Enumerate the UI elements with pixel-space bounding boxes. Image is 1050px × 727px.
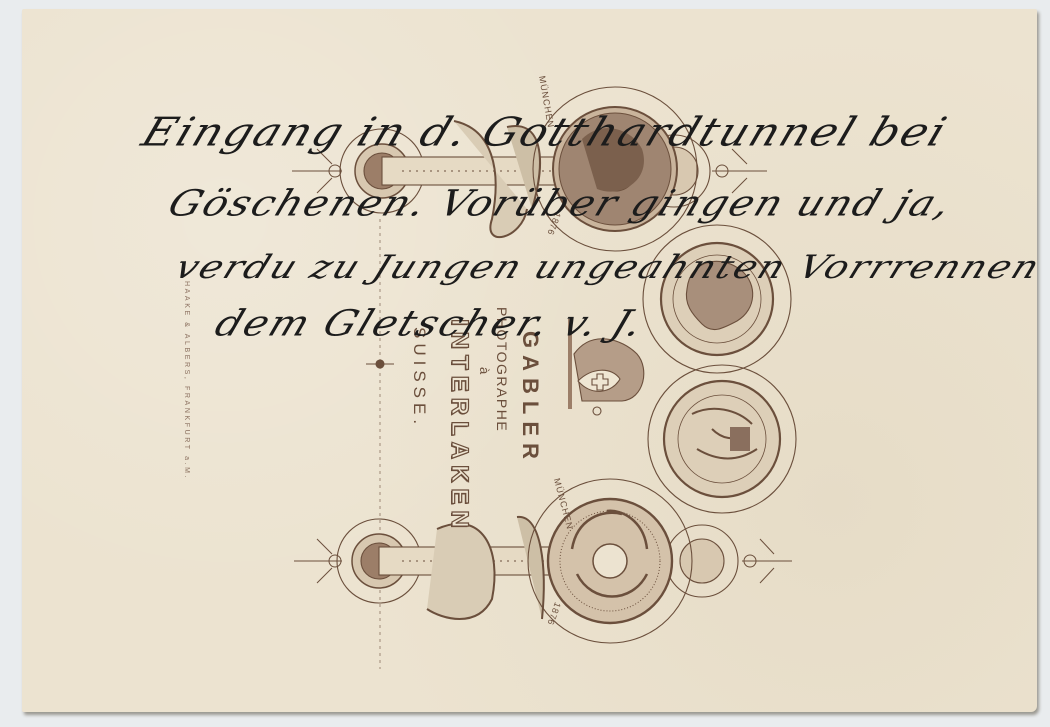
bottom-ornament-bar bbox=[294, 517, 792, 619]
city-name: INTERLAKEN bbox=[445, 319, 473, 534]
medal-franz-joseph bbox=[643, 225, 791, 373]
handwriting-line-1: Eingang in d. Gotthardtunnel bei bbox=[136, 110, 954, 156]
handwriting-line-4: dem Gletscher. v. J. bbox=[210, 303, 651, 344]
cabinet-card: MÜNCHEN 1876 MÜNCHEN 1876 HAAKE & ALBERS… bbox=[22, 9, 1037, 712]
handwriting-line-2: Göschenen. Vorüber gingen und ja, bbox=[163, 183, 959, 224]
medal-weltausstellung-1873 bbox=[648, 365, 796, 513]
handwriting-line-3: verdu zu Jungen ungeahnten Vorrrennen bbox=[170, 248, 1047, 285]
preposition: à bbox=[477, 367, 492, 374]
printer-credit: HAAKE & ALBERS, FRANKFURT a.M. bbox=[183, 281, 190, 480]
photographer-name: GABLER bbox=[517, 331, 543, 466]
